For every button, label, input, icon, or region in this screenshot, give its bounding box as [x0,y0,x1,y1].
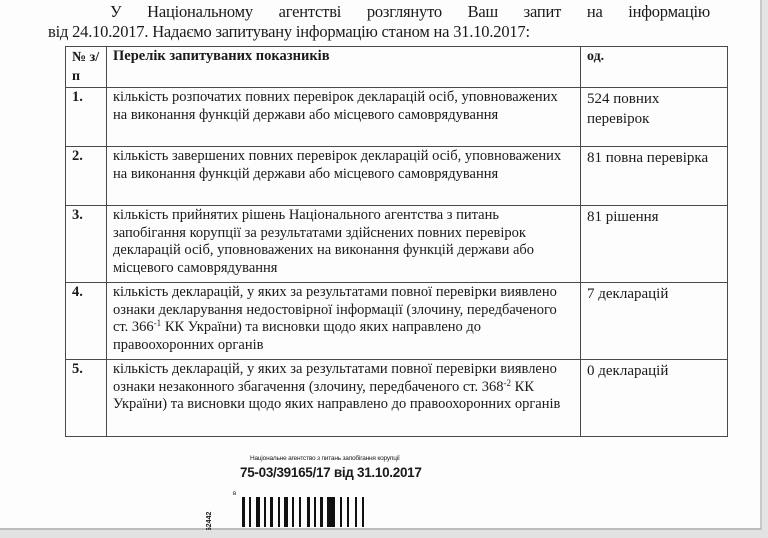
row-value: 81 рішення [581,206,728,283]
viewer-bottom-bar [0,530,768,538]
table-row: 1. кількість розпочатих повних перевірок… [66,88,728,147]
row-description: кількість завершених повних перевірок де… [107,147,581,206]
barcode-bar [340,497,342,527]
row-description: кількість декларацій, у яких за результа… [107,360,581,437]
table-row: 2. кількість завершених повних перевірок… [66,147,728,206]
row-number: 2. [66,147,107,206]
row-number: 4. [66,283,107,360]
barcode-bar [355,497,357,527]
barcode-bar [284,497,288,527]
barcode-bar [264,497,266,527]
barcode-bar [242,497,245,527]
row-description: кількість прийнятих рішень Національного… [107,206,581,283]
document-page: У Національному агентстві розглянуто Ваш… [0,0,762,530]
barcode-bar [347,497,349,527]
row-number: 5. [66,360,107,437]
table-header-row: № з/п Перелік запитуваних показників од. [66,47,728,88]
row-number: 3. [66,206,107,283]
registration-number: 75-03/39165/17 від 31.10.2017 [240,465,422,480]
intro-line-1: У Національному агентстві розглянуто Ваш… [80,2,710,22]
row-description: кількість декларацій, у яких за результа… [107,283,581,360]
row-value: 7 декларацій [581,283,728,360]
row-value: 81 повна перевірка [581,147,728,206]
table-row: 3. кількість прийнятих рішень Національн… [66,206,728,283]
barcode-bar [314,497,316,527]
barcode-bar [362,497,364,527]
row-value: 0 декларацій [581,360,728,437]
stamp-agency-name: Національне агентство з питань запобіган… [250,455,450,462]
barcode-bar [307,497,310,527]
row-description: кількість розпочатих повних перевірок де… [107,88,581,147]
barcode-bar [256,497,260,527]
indicators-table: № з/п Перелік запитуваних показників од.… [65,46,728,437]
barcode-bar [320,497,323,527]
barcode-bar [299,497,301,527]
header-indicators: Перелік запитуваних показників [107,47,581,88]
barcode-bar [249,497,251,527]
row-number: 1. [66,88,107,147]
barcode-bar [270,497,273,527]
intro-paragraph: У Національному агентстві розглянуто Ваш… [80,2,710,42]
barcode-bar [327,497,335,527]
intro-line-2: від 24.10.2017. Надаємо запитувану інфор… [48,22,710,42]
header-number: № з/п [66,47,107,88]
barcode [242,497,442,527]
header-unit: од. [581,47,728,88]
stamp-mark: в [233,491,236,497]
barcode-bar [278,497,280,527]
table-row: 5. кількість декларацій, у яких за резул… [66,360,728,437]
row-value: 524 повних перевірок [581,88,728,147]
table-row: 4. кількість декларацій, у яких за резул… [66,283,728,360]
article-superscript: -2 [504,378,512,388]
barcode-bar [292,497,294,527]
